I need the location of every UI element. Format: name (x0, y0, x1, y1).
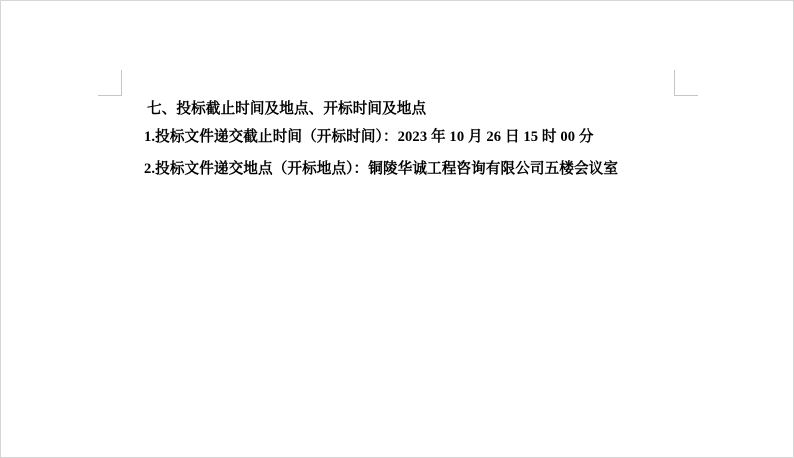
document-page: 七、投标截止时间及地点、开标时间及地点 1.投标文件递交截止时间（开标时间）：2… (0, 0, 794, 458)
section-heading: 七、投标截止时间及地点、开标时间及地点 (147, 101, 426, 118)
paragraph-submission-location: 2.投标文件递交地点（开标地点）：铜陵华诚工程咨询有限公司五楼会议室 (144, 161, 618, 178)
margin-crop-mark-top-left-icon (98, 70, 122, 96)
paragraph-submission-deadline-time: 1.投标文件递交截止时间（开标时间）：2023 年 10 月 26 日 15 时… (144, 129, 594, 146)
margin-crop-mark-top-right-icon (674, 70, 698, 96)
